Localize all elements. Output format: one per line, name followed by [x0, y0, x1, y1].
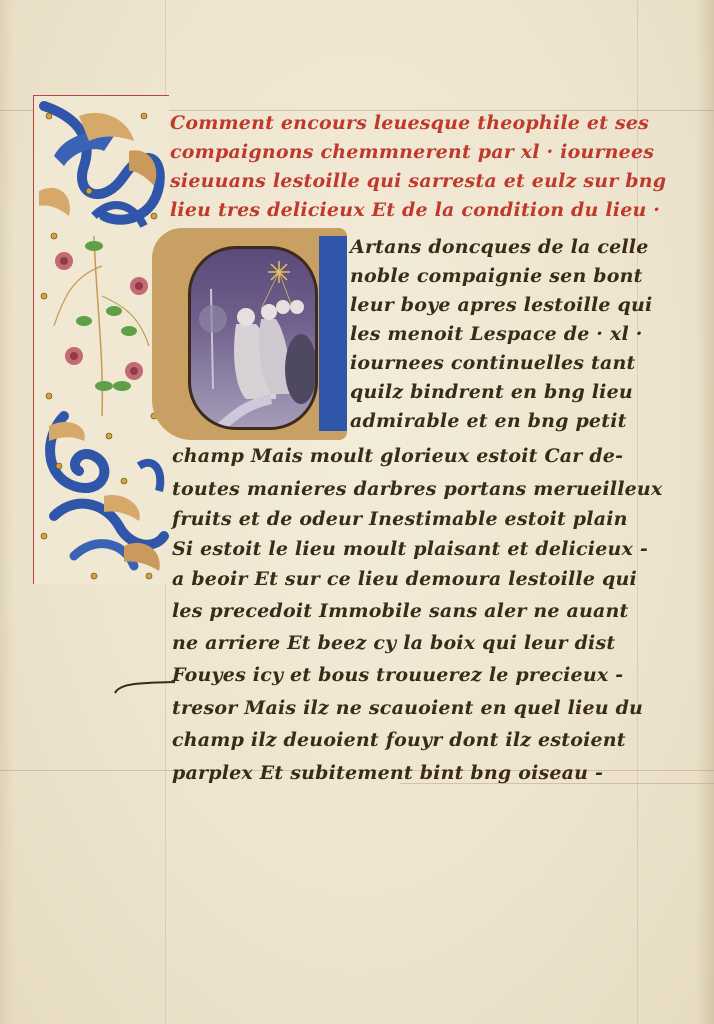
pen-flourish-icon	[110, 678, 180, 698]
initial-blue-ground	[319, 236, 347, 431]
text-line: Fouyes icy et bous trouuerez le precieux…	[172, 664, 623, 686]
rubric-line: lieu tres delicieux Et de la condition d…	[170, 199, 660, 221]
rubric-line: Comment encours leuesque theophile et se…	[170, 112, 649, 134]
text-line: ne arriere Et beez cy la boix qui leur d…	[172, 632, 615, 654]
text-line: Si estoit le lieu moult plaisant et deli…	[172, 538, 648, 560]
rubric-line: sieuuans lestoille qui sarresta et eulz …	[170, 170, 666, 192]
pilgrims-star-scene-icon	[191, 249, 315, 427]
manuscript-page: Comment encours leuesque theophile et se…	[0, 0, 714, 1024]
text-line: iournees continuelles tant	[350, 352, 636, 374]
text-line: parplex Et subitement bint bng oiseau -	[172, 762, 603, 784]
text-line: leur boye apres lestoille qui	[350, 294, 652, 316]
text-line: champ ilz deuoient fouyr dont ilz estoie…	[172, 729, 626, 751]
text-line: toutes manieres darbres portans merueill…	[172, 478, 662, 500]
text-line: quilz bindrent en bng lieu	[350, 381, 633, 403]
miniature-painting	[188, 246, 318, 430]
text-line: fruits et de odeur Inestimable estoit pl…	[172, 508, 628, 530]
historiated-initial	[152, 228, 347, 440]
text-line: champ Mais moult glorieux estoit Car de-	[172, 445, 623, 467]
text-line: noble compaignie sen bont	[350, 265, 643, 287]
text-line: les menoit Lespace de · xl ·	[350, 323, 643, 345]
text-line: les precedoit Immobile sans aler ne auan…	[172, 600, 629, 622]
text-line: tresor Mais ilz ne scauoient en quel lie…	[172, 697, 643, 719]
text-line: admirable et en bng petit	[350, 410, 627, 432]
floral-border	[33, 95, 169, 584]
rubric-line: compaignons chemmnerent par xl · iournee…	[170, 141, 654, 163]
text-line: a beoir Et sur ce lieu demoura lestoille…	[172, 568, 637, 590]
acanthus-foliage-icon	[34, 96, 169, 584]
text-line: Artans doncques de la celle	[350, 236, 649, 258]
